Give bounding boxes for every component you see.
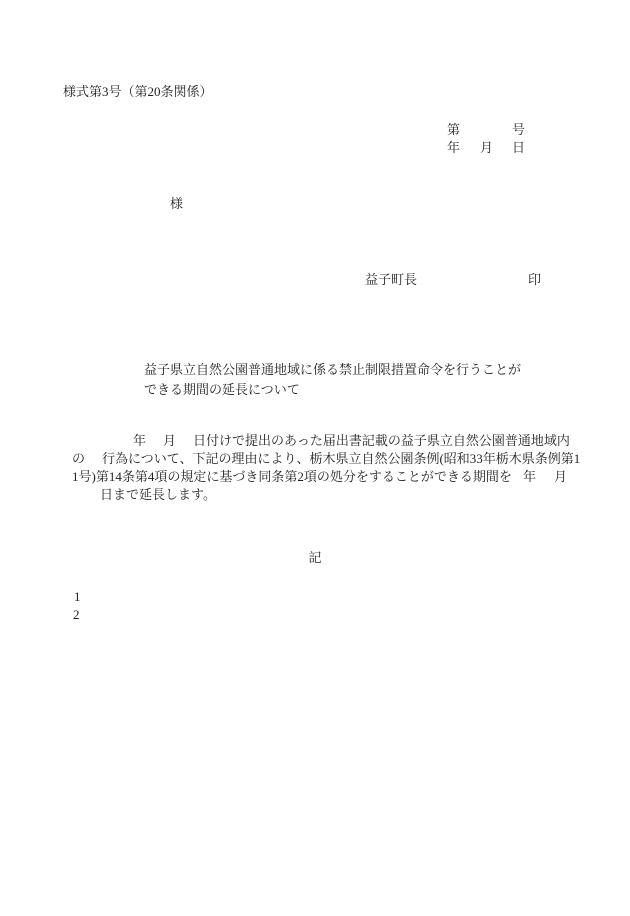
addressee-honorific: 様 [170,197,183,210]
date-year-label: 年 [447,141,460,154]
record-separator: 記 [63,551,567,564]
body-line-2-prefix: の [72,452,85,465]
document-page: 様式第3号（第20条関係） 第 号 年 月 日 様 益子町長 印 益子県立自然公… [0,0,630,916]
subject-title-line2: できる期間の延長について [144,383,300,396]
doc-number-suffix: 号 [512,123,525,136]
body-line-2-text: 行為について、下記の理由により、栃木県立自然公園条例(昭和33年栃木県条例第1 [102,452,580,465]
body-line-1-text: 日付けで提出のあった届出書記載の益子県立自然公園普通地域内 [193,434,570,447]
list-item-1: 1 [74,590,81,603]
seal-mark: 印 [528,273,541,286]
body-month-label: 月 [163,434,176,447]
body-year-label: 年 [133,434,146,447]
form-number-label: 様式第3号（第20条関係） [63,85,213,98]
body-month-label-2: 月 [554,470,567,483]
date-day-label: 日 [512,141,525,154]
body-year-label-2: 年 [523,470,536,483]
date-month-label: 月 [480,141,493,154]
doc-number-prefix: 第 [447,123,460,136]
subject-title-line1: 益子県立自然公園普通地域に係る禁止制限措置命令を行うことが [144,363,521,376]
list-item-2: 2 [73,608,80,621]
body-line-4: 日まで延長します。 [100,488,216,501]
body-line-3-text: 1号)第14条第4項の規定に基づき同条第2項の処分をすることができる期間を [72,470,512,483]
sender-name: 益子町長 [365,273,417,286]
